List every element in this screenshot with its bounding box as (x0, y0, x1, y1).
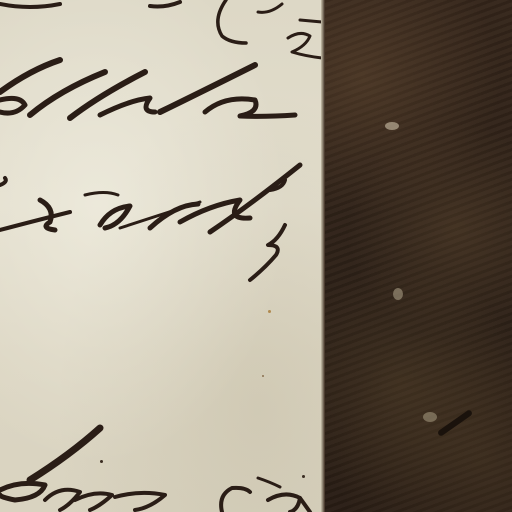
paper-stain (268, 310, 271, 313)
ink-speck (100, 460, 103, 463)
leather-binding (325, 0, 512, 512)
debris-fleck (385, 122, 399, 130)
debris-fleck (393, 288, 403, 300)
leather-crease (437, 409, 473, 437)
manuscript-paper (0, 0, 323, 512)
ink-speck (302, 475, 305, 478)
handwriting-strokes (0, 0, 323, 512)
debris-fleck (423, 412, 437, 422)
paper-stain (262, 375, 264, 377)
